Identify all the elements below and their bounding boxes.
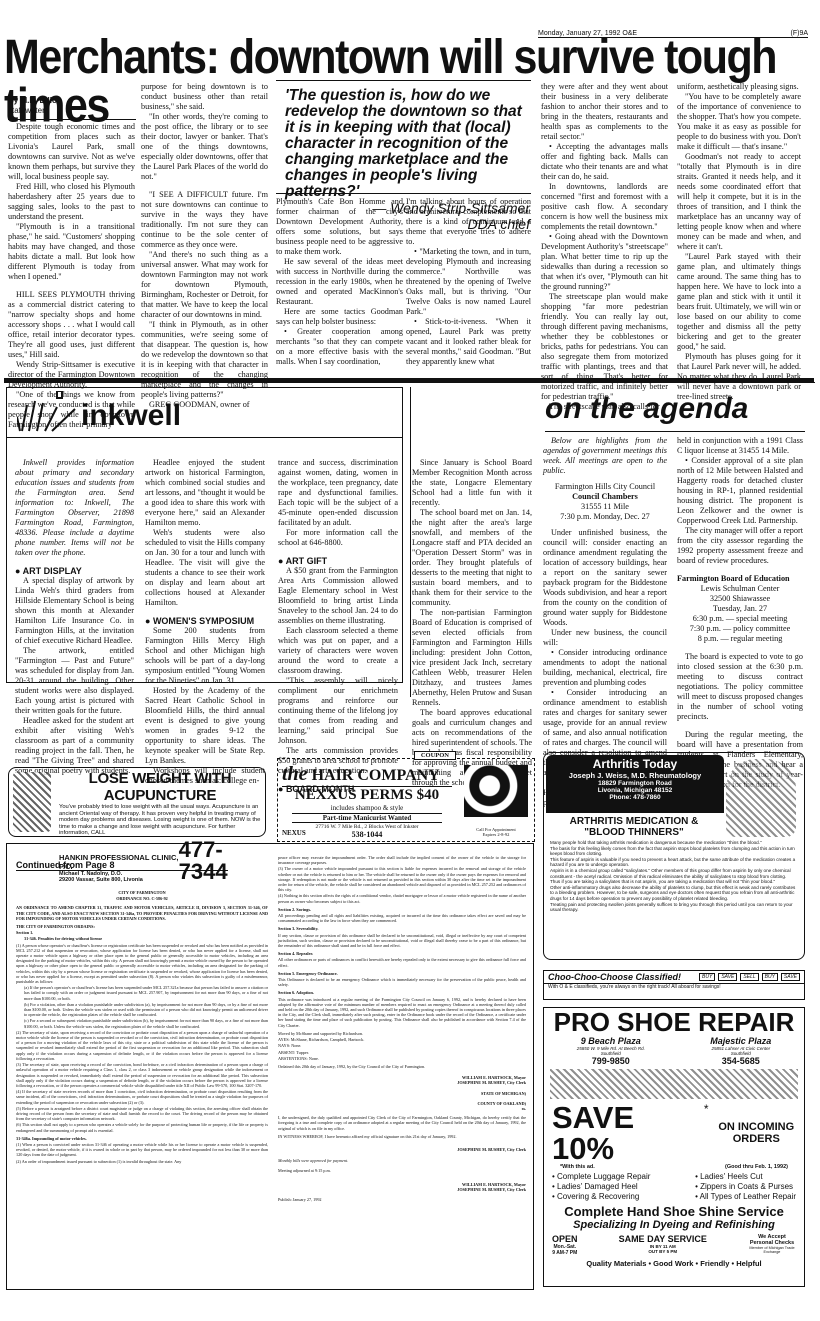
paragraph: Some 200 students from Farmington Hills … bbox=[145, 626, 265, 686]
with-ad-note: *With this ad. bbox=[560, 1164, 595, 1170]
agenda-intro: Below are highlights from the agendas of… bbox=[543, 436, 667, 476]
good-thru-note: (Good thru Feb. 1, 1992) bbox=[725, 1164, 788, 1170]
classified-tagline: With O & E classifieds, you're always on… bbox=[544, 983, 804, 990]
article-column-4: I'm talking about hours of operation and… bbox=[406, 197, 531, 367]
meeting-adjourned: Meeting adjourned at 9:15 p.m. bbox=[278, 1168, 526, 1173]
legal-paragraph: (c) For a second or subsequent violation… bbox=[16, 1018, 268, 1028]
arthritis-paragraph: Aspirin is in a chemical group called "s… bbox=[550, 868, 798, 879]
symposium-subhead: WOMEN'S SYMPOSIUM bbox=[145, 616, 265, 626]
personal-checks: We Accept Personal Checks bbox=[748, 1234, 796, 1246]
paragraph: Under unfinished business, the council w… bbox=[543, 528, 667, 628]
arthritis-headline-2: "BLOOD THINNERS" bbox=[544, 827, 724, 838]
clerk-signature: JOSEPHINE M. BUSHEY, City Clerk bbox=[278, 1147, 526, 1152]
nexxus-brand: NEXUS bbox=[282, 829, 306, 837]
service-item: • Complete Luggage Repair bbox=[552, 1172, 650, 1182]
shoe-footer: Quality Materials • Good Work • Friendly… bbox=[544, 1259, 804, 1268]
arthritis-paragraph: Thus if you are taking a salicylates tha… bbox=[550, 879, 798, 885]
subhead-paragraph: "I SEE A DIFFICULT future. I'm not sure … bbox=[141, 190, 268, 250]
service-item: • Covering & Recovering bbox=[552, 1192, 650, 1202]
continued-from: Continued from Page 8 bbox=[16, 860, 228, 871]
ss-label: ss. bbox=[278, 1106, 526, 1111]
legal-paragraph: (b) For a violation, other than a violat… bbox=[16, 1002, 268, 1018]
clerk-signature: JOSEPHINE M. BUSHEY, City Clerk bbox=[278, 1080, 526, 1085]
location-1: 9 Beach Plaza 25850 W. 9 Mile Rd. At Bee… bbox=[577, 1036, 645, 1066]
train-car: BUY bbox=[699, 973, 715, 981]
meeting-time: 8 p.m. — regular meeting bbox=[677, 634, 803, 644]
legal-paragraph: ABSENT: Tupper. bbox=[278, 1050, 526, 1055]
hair-phone: 538-1044 bbox=[282, 830, 452, 839]
arthritis-paragraph: Many people hold that taking arthritis m… bbox=[550, 840, 798, 846]
meeting-time: 7:30 p.m. — policy committee bbox=[677, 624, 803, 634]
agenda-title: on the agenda bbox=[545, 392, 748, 425]
paragraph: For more information call the school at … bbox=[278, 528, 398, 548]
arthritis-paragraph: The basis for this feeling likely comes … bbox=[550, 846, 798, 857]
paragraph: A special display of artwork by Linda We… bbox=[15, 576, 134, 646]
paragraph: The city manager will offer a report fro… bbox=[677, 526, 803, 566]
meeting-time: 6:30 p.m. — special meeting bbox=[677, 614, 803, 624]
legal-paragraph: (1) A person whose operator's or chauffe… bbox=[16, 943, 268, 985]
section-heading: Section 6. Adoption. bbox=[278, 990, 526, 995]
open-hours: 9 AM-7 PM bbox=[552, 1250, 578, 1256]
legal-paragraph: (6) This section shall not apply to a pe… bbox=[16, 1122, 268, 1132]
signature-block: WILLIAM E. HARTSOCK, Mayor JOSEPHINE M. … bbox=[278, 1075, 526, 1111]
open-label: OPEN bbox=[552, 1234, 578, 1244]
trade-exchange: Member of Michigan Trade Exchange bbox=[748, 1246, 796, 1254]
paragraph: "Laurel Park stayed with their game plan… bbox=[677, 252, 801, 352]
article-column-3: Plymouth's Cafe Bon Homme and former cha… bbox=[276, 197, 403, 367]
paragraph: "Plymouth is in a transitional phase," h… bbox=[8, 222, 135, 282]
location-name: Majestic Plaza bbox=[710, 1036, 771, 1046]
service-item: • Ladies' Heels Cut bbox=[695, 1172, 796, 1182]
legal-paragraph: AYES: McShane, Richardson, Campbell, Har… bbox=[278, 1037, 526, 1042]
paragraph: Plymouth's Cafe Bon Homme and former cha… bbox=[276, 197, 403, 257]
shoes-illustration bbox=[550, 1069, 798, 1099]
byline-divider bbox=[8, 119, 136, 120]
legal-paragraph: (2) An order of impoundment issued pursu… bbox=[16, 1159, 268, 1164]
coupon-label: COUPON bbox=[414, 751, 456, 760]
shoe-title: PRO SHOE REPAIR bbox=[544, 1008, 804, 1036]
byline-role: staff writer bbox=[8, 106, 45, 115]
coupon-expiry: Expires 2-8-92 bbox=[464, 832, 528, 837]
acupuncture-title: LOSE WEIGHT WITH ACUPUNCTURE bbox=[59, 770, 261, 804]
location-name: 9 Beach Plaza bbox=[577, 1036, 645, 1046]
ordinance-number: ORDINANCE NO. C-586-92 bbox=[16, 896, 268, 901]
train-car: BUY bbox=[762, 973, 778, 981]
paragraph: The board is expected to vote to go into… bbox=[677, 652, 803, 722]
paragraph: • Consider introducing ordinance amendme… bbox=[543, 648, 667, 688]
inkwell-column-2: Headlee enjoyed the student artwork on h… bbox=[145, 458, 265, 786]
service-item: • Ladies' Damaged Heel bbox=[552, 1182, 650, 1192]
train-cars: BUY SAVE SELL BUY SAVE bbox=[699, 973, 800, 981]
classified-title: Choo-Choo-Choose Classified! bbox=[548, 972, 681, 982]
article-byline: By M.B. Dillon staff writer bbox=[8, 96, 136, 120]
train-car: SELL bbox=[740, 973, 758, 981]
legal-column-2: peace officer may execute the impoundmen… bbox=[278, 855, 526, 1203]
legal-paragraph: (3) The owner of a motor vehicle impound… bbox=[278, 866, 526, 892]
arthritis-phone: Phone: 478-7860 bbox=[546, 794, 724, 801]
arthritis-address-1: 18829 Farmington Road bbox=[546, 780, 724, 787]
paragraph: I'm talking about hours of operation and… bbox=[406, 197, 531, 247]
paragraph: • "Marketing the town, and in turn, deve… bbox=[406, 247, 531, 317]
arthritis-address-2: Livonia, Michigan 48152 bbox=[546, 787, 724, 794]
legal-paragraph: (4) If the secretary of state receives r… bbox=[16, 1089, 268, 1105]
legal-paragraph: ABSTENTIONS: None. bbox=[278, 1056, 526, 1061]
arthritis-paragraph: This feature of aspirin is valuable if y… bbox=[550, 857, 798, 868]
ink-splash-icon bbox=[17, 391, 77, 433]
acupuncture-body: You've probably tried to lose weight wit… bbox=[59, 804, 261, 837]
pullquote-top-rule bbox=[276, 80, 531, 81]
paragraph: • Going ahead with the Downtown Developm… bbox=[541, 232, 668, 292]
art-display-subhead: ART DISPLAY bbox=[15, 566, 134, 576]
board-meeting-block: Farmington Board of Education Lewis Schu… bbox=[677, 574, 803, 644]
perms-includes: includes shampoo & style bbox=[282, 804, 452, 812]
legal-paragraph: This Ordinance is declared to be an emer… bbox=[278, 977, 526, 987]
save-asterisk: * bbox=[704, 1102, 709, 1116]
paragraph: Headlee enjoyed the student artwork on h… bbox=[145, 458, 265, 528]
agenda-top-rule bbox=[540, 382, 815, 383]
paragraph: The artwork, entitled "Farmington — Past… bbox=[15, 646, 134, 716]
shoe-shine: Complete Hand Shoe Shine Service bbox=[544, 1204, 804, 1219]
location-phone: 799-9850 bbox=[577, 1056, 645, 1066]
legal-paragraph: All other ordinances or parts of ordinan… bbox=[278, 957, 526, 967]
paragraph: Under new business, the council will: bbox=[543, 628, 667, 648]
legal-paragraph: (4) Nothing in this section affects the … bbox=[278, 893, 526, 903]
inkwell-column-4: Since January is School Board Member Rec… bbox=[412, 458, 532, 788]
arthritis-headline-1: ARTHRITIS MEDICATION & bbox=[544, 816, 724, 827]
paragraph: Weh's students were also scheduled to vi… bbox=[145, 528, 265, 608]
legal-paragraph: (3) The secretary of state, upon receivi… bbox=[16, 1062, 268, 1088]
pullquote-text: 'The question is, how do we redevelop th… bbox=[285, 88, 530, 200]
article-column-1: Despite tough economic times and competi… bbox=[8, 122, 135, 430]
paragraph: "You have to be completely aware of the … bbox=[677, 92, 801, 152]
legal-paragraph: NAYS: None. bbox=[278, 1043, 526, 1048]
legal-paragraph: All proceedings pending and all rights a… bbox=[278, 913, 526, 923]
manicurist-wanted: Part-time Manicurist Wanted bbox=[292, 813, 442, 823]
paragraph: uniform, aesthetically pleasing signs. bbox=[677, 82, 801, 92]
location-2: Majestic Plaza 25851 Lahser At Civic Cen… bbox=[710, 1036, 771, 1066]
paragraph: • Stick-to-it-iveness. "When it opened, … bbox=[406, 317, 531, 367]
legal-paragraph: Ordained this 20th day of January, 1992,… bbox=[278, 1064, 526, 1069]
paragraph: "In other words, they're coming to the p… bbox=[141, 112, 268, 182]
inkwell-intro: Inkwell provides information about prima… bbox=[15, 458, 134, 558]
paragraph: Each classroom selected a theme which wa… bbox=[278, 626, 398, 676]
bills-approved: Monthly bills were approved for payment. bbox=[278, 1158, 526, 1163]
incoming-orders: ON INCOMING ORDERS bbox=[717, 1121, 797, 1145]
meeting-address: 31555 11 Mile bbox=[543, 502, 667, 512]
paragraph: "And there's no such thing as a universa… bbox=[141, 250, 268, 320]
out-by: OUT BY 5 PM bbox=[619, 1249, 707, 1254]
agenda-header: on the agenda bbox=[545, 392, 805, 432]
hair-company-coupon: COUPON the HAIR COMPANY NEXXUS PERMS $40… bbox=[277, 758, 535, 842]
dragon-illustration bbox=[13, 772, 51, 832]
article-column-5: they were after and they went about thei… bbox=[541, 82, 668, 412]
paragraph: trance and success, discrimination again… bbox=[278, 458, 398, 528]
section-heading: 31-346a. Impounding of motor vehicles. bbox=[16, 1136, 268, 1141]
legal-paragraph: This ordinance was introduced at a regul… bbox=[278, 997, 526, 1028]
witness: IN WITNESS WHEREOF, I have hereunto affi… bbox=[278, 1134, 526, 1139]
paragraph: A $50 grant from the Farmington Area Art… bbox=[278, 566, 398, 626]
ordinance-title: AN ORDINANCE TO AMEND CHAPTER 31, TRAFFI… bbox=[16, 905, 268, 921]
hair-company-name: HAIR COMPANY bbox=[312, 767, 440, 785]
hair-logo: the bbox=[282, 763, 308, 786]
legal-paragraph: (2) The secretary of state, upon receivi… bbox=[16, 1030, 268, 1061]
arthritis-paragraph: Treating pain and protecting swollen joi… bbox=[550, 902, 798, 913]
inkwell-title: inkwell bbox=[81, 399, 181, 433]
section-heading: Section 3. Severability. bbox=[278, 926, 526, 931]
service-item: • Zippers in Coats & Purses bbox=[695, 1182, 796, 1192]
legal-paragraph: (5) Before a person is arraigned before … bbox=[16, 1106, 268, 1122]
meeting-address: 32500 Shiawassee bbox=[677, 594, 803, 604]
paragraph: Wendy Strip-Sittsamer is executive direc… bbox=[8, 360, 135, 390]
paragraph: Since January is School Board Member Rec… bbox=[412, 458, 532, 508]
meeting-date: Tuesday, Jan. 27 bbox=[677, 604, 803, 614]
section-heading: Section 1. bbox=[16, 930, 268, 935]
article-column-6: uniform, aesthetically pleasing signs. "… bbox=[677, 82, 801, 402]
paragraph: Goodman's not ready to accept "totally t… bbox=[677, 152, 801, 252]
clerk-signature: JOSEPHINE M. BUSHEY, City Clerk bbox=[278, 1187, 526, 1192]
acupuncture-ad: LOSE WEIGHT WITH ACUPUNCTURE You've prob… bbox=[8, 767, 266, 837]
legal-paragraph: Moved by McShane and supported by Richar… bbox=[278, 1031, 526, 1036]
state-label: STATE OF MICHIGAN) bbox=[278, 1091, 526, 1096]
services-left: • Complete Luggage Repair • Ladies' Dama… bbox=[552, 1172, 650, 1202]
paragraph: they were after and they went about thei… bbox=[541, 82, 668, 142]
service-item: • All Types of Leather Repair bbox=[695, 1192, 796, 1202]
train-car: SAVE bbox=[781, 973, 800, 981]
arthritis-doctor: Joseph J. Weiss, M.D. Rheumatology bbox=[546, 771, 724, 780]
paragraph: Here are some tactics Goodman says can h… bbox=[276, 307, 403, 327]
paragraph: • Greater cooperation among merchants "s… bbox=[276, 327, 403, 367]
doctor-portrait bbox=[726, 759, 796, 837]
section-heading: Section 4. Repealer. bbox=[278, 951, 526, 956]
arthritis-title: Arthritis Today bbox=[546, 757, 724, 771]
section-heading: Section 2. Savings. bbox=[278, 907, 526, 912]
signature-block-final: WILLIAM E. HARTSOCK, Mayor JOSEPHINE M. … bbox=[278, 1182, 526, 1192]
art-gift-subhead: ART GIFT bbox=[278, 556, 398, 566]
legal-paragraph: (a) If the person's operator's or chauff… bbox=[16, 985, 268, 1001]
services-right: • Ladies' Heels Cut • Zippers in Coats &… bbox=[695, 1172, 796, 1202]
subhead-paragraph: HILL SEES PLYMOUTH thriving as a commerc… bbox=[8, 290, 135, 360]
shoe-repair-ad: PRO SHOE REPAIR 9 Beach Plaza 25850 W. 9… bbox=[543, 1007, 805, 1287]
meeting-body: Farmington Board of Education bbox=[677, 574, 803, 584]
city-name: CITY OF FARMINGTON bbox=[16, 890, 268, 895]
paragraph: Fred Hill, who closed his Plymouth haber… bbox=[8, 182, 135, 222]
paragraph: purpose for being downtown is to conduct… bbox=[141, 82, 268, 112]
paragraph: The non-partisian Farmington Board of Ed… bbox=[412, 608, 532, 708]
same-day-service: SAME DAY SERVICE bbox=[619, 1234, 707, 1244]
legal-column-1: CITY OF FARMINGTON ORDINANCE NO. C-586-9… bbox=[16, 890, 268, 1165]
ordains: THE CITY OF FARMINGTON ORDAINS: bbox=[16, 924, 268, 929]
inkwell-column-1: Inkwell provides information about prima… bbox=[15, 458, 134, 776]
section-heading: Section 5. Emergency Ordinance. bbox=[278, 971, 526, 976]
byline-name: By M.B. Dillon bbox=[8, 96, 136, 106]
meeting-place: Lewis Schulman Center bbox=[677, 584, 803, 594]
paragraph: • Accepting the advantages malls offer a… bbox=[541, 142, 668, 182]
meeting-body: Farmington Hills City Council bbox=[543, 482, 667, 492]
arthritis-paragraph: Other anti-inflammatory drugs also decre… bbox=[550, 885, 798, 902]
pullquote-bottom-rule bbox=[276, 193, 531, 194]
specializing: Specializing In Dyeing and Refinishing bbox=[544, 1219, 804, 1231]
paragraph: Hosted by the Academy of the Sacred Hear… bbox=[145, 686, 265, 766]
council-meeting-block: Farmington Hills City Council Council Ch… bbox=[543, 482, 667, 522]
train-car: SAVE bbox=[718, 973, 737, 981]
paragraph: In downtowns, landlords are concerned "f… bbox=[541, 182, 668, 232]
classified-ad: Choo-Choo-Choose Classified! BUY SAVE SE… bbox=[543, 970, 805, 1000]
article-column-2: purpose for being downtown is to conduct… bbox=[141, 82, 268, 410]
inkwell-column-3: trance and success, discrimination again… bbox=[278, 458, 398, 794]
save-offer: SAVE 10% bbox=[552, 1102, 704, 1164]
section-heading: 31-346. Penalties for driving without li… bbox=[16, 936, 268, 941]
meeting-place: Council Chambers bbox=[543, 492, 667, 502]
paragraph: The school board met on Jan. 14, the nig… bbox=[412, 508, 532, 608]
legal-paragraph: (1) When a person is convicted under sec… bbox=[16, 1142, 268, 1158]
legal-paragraph: If any section, clause or provision of t… bbox=[278, 933, 526, 949]
perms-offer: NEXXUS PERMS $40 bbox=[282, 787, 452, 804]
publish-date: Publish: January 27, 1992 bbox=[278, 1197, 526, 1202]
inkwell-header: inkwell bbox=[7, 388, 402, 438]
paragraph: He saw several of the ideas meet with su… bbox=[276, 257, 403, 307]
paragraph: held in conjunction with a 1991 Class C … bbox=[677, 436, 803, 456]
paragraph: Despite tough economic times and competi… bbox=[8, 122, 135, 182]
arthritis-ad: Arthritis Today Joseph J. Weiss, M.D. Rh… bbox=[543, 752, 805, 960]
legal-paragraph: peace officer may execute the impoundmen… bbox=[278, 855, 526, 865]
column-divider bbox=[410, 387, 411, 697]
hair-model-photo bbox=[464, 765, 528, 817]
location-phone: 354-5685 bbox=[710, 1056, 771, 1066]
paragraph: • Consider approval of a site plan north… bbox=[677, 456, 803, 526]
meeting-time: 7:30 p.m. Monday, Dec. 27 bbox=[543, 512, 667, 522]
paragraph: "This assembly will nicely compliment ou… bbox=[278, 676, 398, 746]
certification: I, the undersigned, the duly qualified a… bbox=[278, 1115, 526, 1131]
agenda-column-2: held in conjunction with a 1991 Class C … bbox=[677, 436, 803, 790]
paragraph: The streetscape plan would make shopping… bbox=[541, 292, 668, 402]
